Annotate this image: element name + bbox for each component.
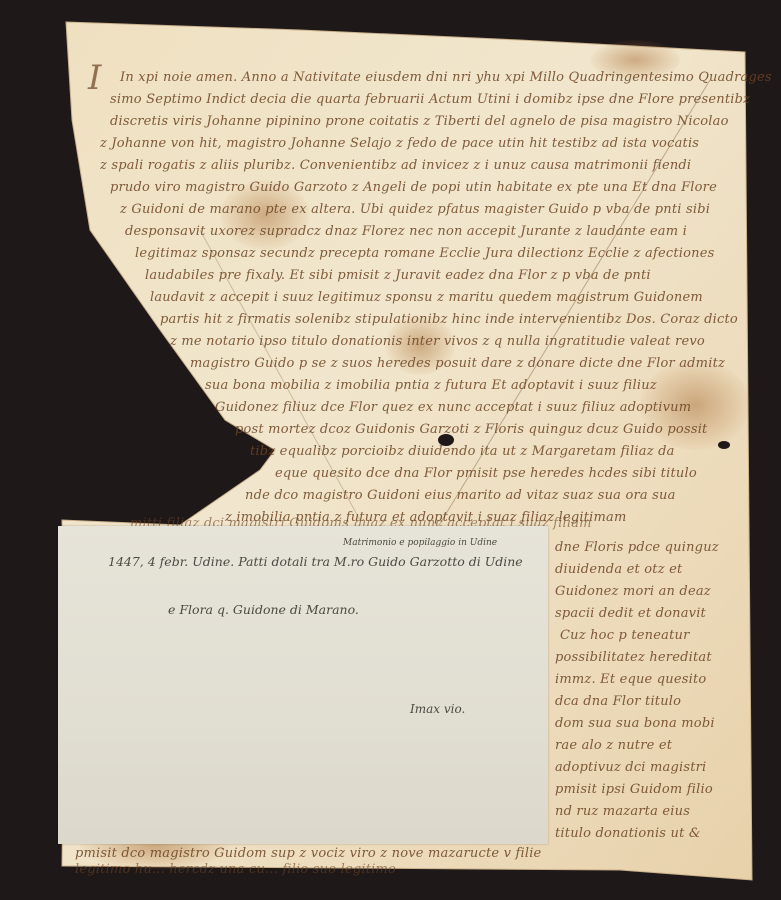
manuscript-line: laudabiles pre fixaly. Et sibi pmisit z …	[145, 268, 651, 283]
manuscript-line: discretis viris Johanne pipinino prone c…	[110, 114, 729, 129]
manuscript-line: z Guidoni de marano pte ex altera. Ubi q…	[120, 202, 710, 217]
label-signature: Imax vio.	[410, 702, 465, 716]
manuscript-line-right: rae alo z nutre et	[555, 738, 672, 753]
initial-letter: I	[88, 58, 102, 98]
manuscript-line-right: diuidenda et otz et	[555, 562, 682, 577]
manuscript-line: magistro Guido p se z suos heredes posui…	[190, 356, 725, 371]
manuscript-line: prudo viro magistro Guido Garzoto z Ange…	[110, 180, 717, 195]
manuscript-line-bottom: pmisit dco magistro Guidom sup z vociz v…	[75, 846, 541, 861]
manuscript-line-right: dca dna Flor titulo	[555, 694, 681, 709]
manuscript-line-bottom: legitimo hu... hercdz una cu... filio su…	[75, 862, 396, 877]
manuscript-line: desponsavit uxorez supradcz dnaz Florez …	[125, 224, 687, 239]
manuscript-line-right: dom sua sua bona mobi	[555, 716, 715, 731]
manuscript-line: simo Septimo Indict decia die quarta feb…	[110, 92, 750, 107]
manuscript-line-right: spacii dedit et donavit	[555, 606, 706, 621]
parchment-hole	[718, 441, 730, 449]
manuscript-line: laudavit z accepit i suuz legitimuz spon…	[150, 290, 703, 305]
manuscript-line: tibz equalibz porcioibz diuidendo ita ut…	[250, 444, 675, 459]
manuscript-line: legitimaz sponsaz secundz precepta roman…	[135, 246, 715, 261]
manuscript-line: nde dco magistro Guidoni eius marito ad …	[245, 488, 676, 503]
manuscript-line: partis hit z firmatis solenibz stipulati…	[160, 312, 738, 327]
label-line-1: 1447, 4 febr. Udine. Patti dotali tra M.…	[108, 554, 523, 569]
manuscript-line: z me notario ipso titulo donationis inte…	[170, 334, 705, 349]
manuscript-line-right: immz. Et eque quesito	[555, 672, 706, 687]
manuscript-line-right: dne Floris pdce quinguz	[555, 540, 719, 555]
manuscript-line: eque quesito dce dna Flor pmisit pse her…	[275, 466, 697, 481]
label-line-2: e Flora q. Guidone di Marano.	[168, 602, 359, 617]
manuscript-line-right: nd ruz mazarta eius	[555, 804, 690, 819]
manuscript-line: z Johanne von hit, magistro Johanne Sela…	[100, 136, 699, 151]
manuscript-line: In xpi noie amen. Anno a Nativitate eius…	[120, 70, 772, 85]
manuscript-line-right: adoptivuz dci magistri	[555, 760, 706, 775]
manuscript-line: post mortez dcoz Guidonis Garzoti z Flor…	[235, 422, 707, 437]
manuscript-line-right: titulo donationis ut &	[555, 826, 701, 841]
manuscript-line: z spali rogatis z aliis pluribz. Conveni…	[100, 158, 691, 173]
archival-label: Matrimonio e popilaggio in Udine 1447, 4…	[58, 526, 548, 844]
label-corner-note: Matrimonio e popilaggio in Udine	[343, 538, 497, 548]
manuscript-line-right: pmisit ipsi Guidom filio	[555, 782, 713, 797]
manuscript-line-right: Cuz hoc p teneatur	[560, 628, 690, 643]
manuscript-line-right: possibilitatez hereditat	[555, 650, 712, 665]
manuscript-line: sua bona mobilia z imobilia pntia z futu…	[205, 378, 657, 393]
manuscript-line: Guidonez filiuz dce Flor quez ex nunc ac…	[215, 400, 691, 415]
manuscript-line-right: Guidonez mori an deaz	[555, 584, 711, 599]
